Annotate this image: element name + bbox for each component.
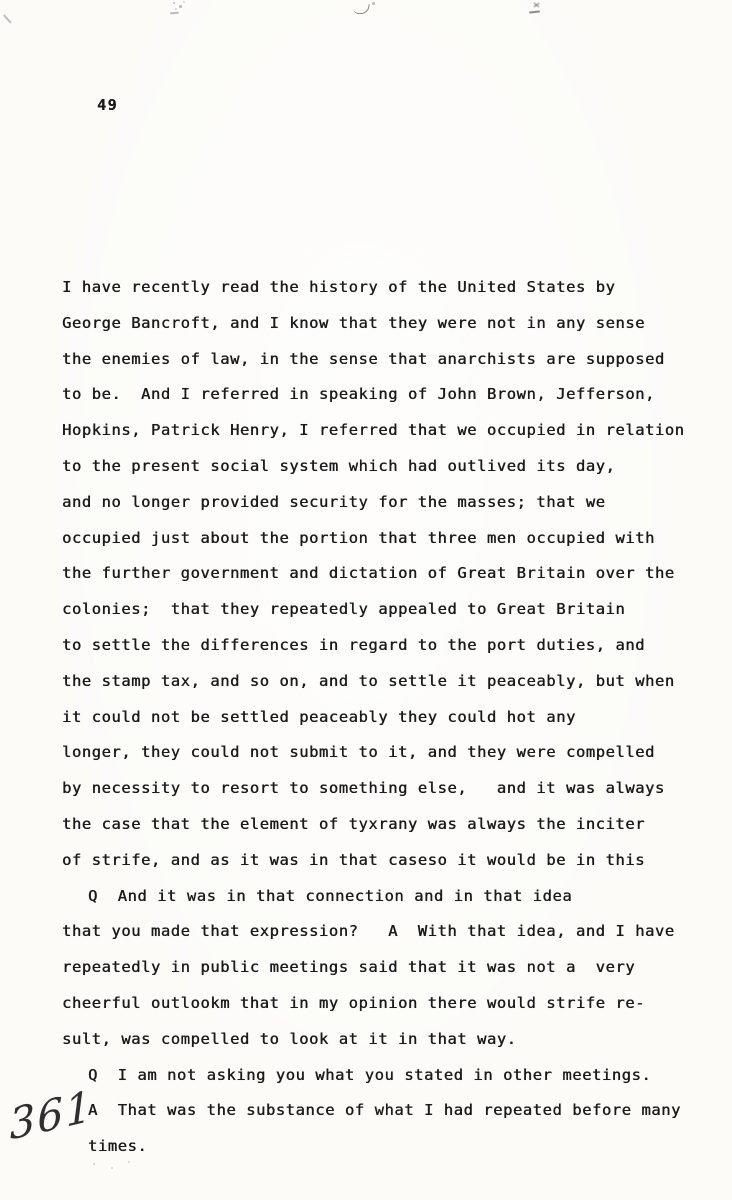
text-line: to settle the differences in regard to t…	[0, 628, 732, 664]
ink-smudge	[183, 1, 185, 3]
text-line: that you made that expression? A With th…	[0, 914, 732, 950]
text-line: to be. And I referred in speaking of Joh…	[0, 377, 732, 413]
page-number: 49	[97, 96, 118, 114]
text-line: Q I am not asking you what you stated in…	[0, 1058, 732, 1094]
text-line: by necessity to resort to something else…	[0, 771, 732, 807]
text-line: it could not be settled peaceably they c…	[0, 700, 732, 736]
text-line: the case that the element of tyxrany was…	[0, 807, 732, 843]
ink-smudge	[372, 2, 375, 5]
text-line: longer, they could not submit to it, and…	[0, 735, 732, 771]
text-line: of strife, and as it was in that caseso …	[0, 843, 732, 879]
scanned-document-page: 49 I have recently read the history of t…	[0, 0, 732, 1200]
paper-speck	[93, 1163, 95, 1165]
text-line: to the present social system which had o…	[0, 449, 732, 485]
text-line: Q And it was in that connection and in t…	[0, 879, 732, 915]
ink-smudge	[3, 14, 12, 23]
text-line: Hopkins, Patrick Henry, I referred that …	[0, 413, 732, 449]
text-line: I have recently read the history of the …	[0, 270, 732, 306]
ink-smudge	[170, 12, 179, 15]
ink-smudge	[353, 4, 371, 15]
text-line: cheerful outlookm that in my opinion the…	[0, 986, 732, 1022]
ink-smudge	[175, 8, 177, 10]
ink-smudge	[529, 10, 540, 13]
text-line: the stamp tax, and so on, and to settle …	[0, 664, 732, 700]
text-line: the enemies of law, in the sense that an…	[0, 342, 732, 378]
text-line: and no longer provided security for the …	[0, 485, 732, 521]
paper-speck	[111, 1167, 113, 1169]
text-line: colonies; that they repeatedly appealed …	[0, 592, 732, 628]
text-line: times.	[0, 1129, 732, 1165]
text-line: occupied just about the portion that thr…	[0, 521, 732, 557]
ink-smudge	[179, 5, 182, 8]
typewritten-text-block: I have recently read the history of the …	[0, 270, 732, 1165]
ink-smudge	[173, 2, 175, 4]
text-line: sult, was compelled to look at it in tha…	[0, 1022, 732, 1058]
paper-speck	[128, 1161, 130, 1163]
text-line: the further government and dictation of …	[0, 556, 732, 592]
text-line: A That was the substance of what I had r…	[0, 1093, 732, 1129]
text-line: repeatedly in public meetings said that …	[0, 950, 732, 986]
text-line: George Bancroft, and I know that they we…	[0, 306, 732, 342]
